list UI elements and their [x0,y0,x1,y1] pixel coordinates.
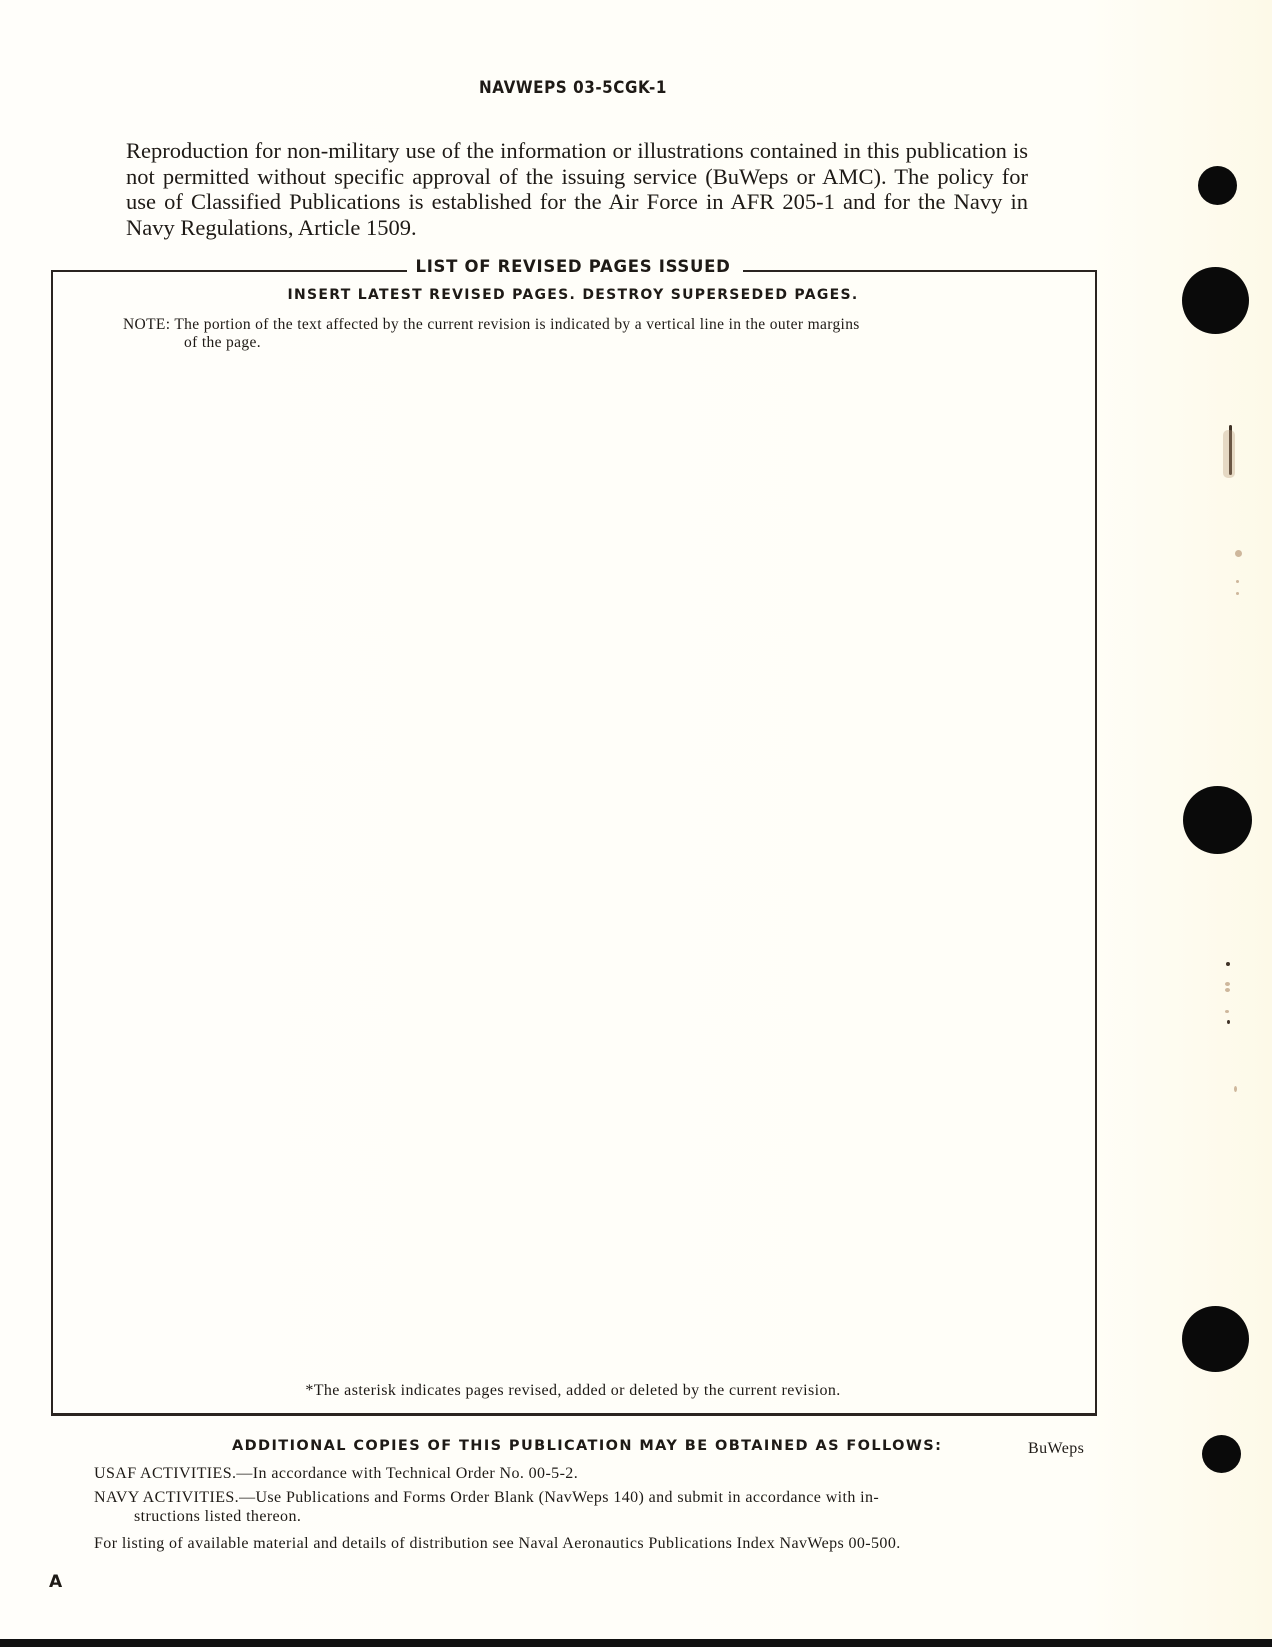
navy-activities-continued: structions listed thereon. [134,1508,301,1526]
note-label: NOTE: [123,316,170,333]
scan-speck [1225,982,1230,986]
scan-speck [1226,962,1230,966]
distribution-listing: For listing of available material and de… [94,1535,901,1553]
scan-speck [1236,580,1239,583]
note-text-line1: The portion of the text affected by the … [174,316,859,333]
reproduction-notice: Reproduction for non-military use of the… [126,138,1028,241]
binder-hole-large-top [1182,267,1249,334]
scan-speck [1223,430,1235,478]
note-text-line2: of the page. [123,334,1028,352]
scan-bottom-edge [0,1639,1272,1647]
issuing-service: BuWeps [1028,1440,1084,1458]
scan-speck [1235,550,1242,557]
binder-hole-large-bottom [1182,1306,1249,1372]
binder-hole-small-bottom [1202,1435,1241,1473]
page-letter: A [49,1572,62,1592]
asterisk-note: *The asterisk indicates pages revised, a… [0,1382,1146,1400]
scan-speck [1225,1010,1229,1013]
scan-speck [1227,1020,1230,1024]
revision-note: NOTE: The portion of the text affected b… [123,316,1028,352]
document-number: NAVWEPS 03-5CGK-1 [46,78,1100,97]
binder-hole-small-top [1198,166,1237,205]
revised-pages-instruction: INSERT LATEST REVISED PAGES. DESTROY SUP… [0,287,1146,303]
scan-speck [1234,1086,1237,1092]
scan-speck [1225,988,1230,992]
navy-activities: NAVY ACTIVITIES.—Use Publications and Fo… [94,1489,879,1507]
revised-pages-title: LIST OF REVISED PAGES ISSUED [0,257,1146,276]
additional-copies-title: ADDITIONAL COPIES OF THIS PUBLICATION MA… [232,1438,942,1454]
binder-hole-large-middle [1183,786,1252,854]
revised-pages-box [51,270,1097,1416]
usaf-activities: USAF ACTIVITIES.—In accordance with Tech… [94,1465,578,1483]
scan-speck [1236,592,1239,595]
